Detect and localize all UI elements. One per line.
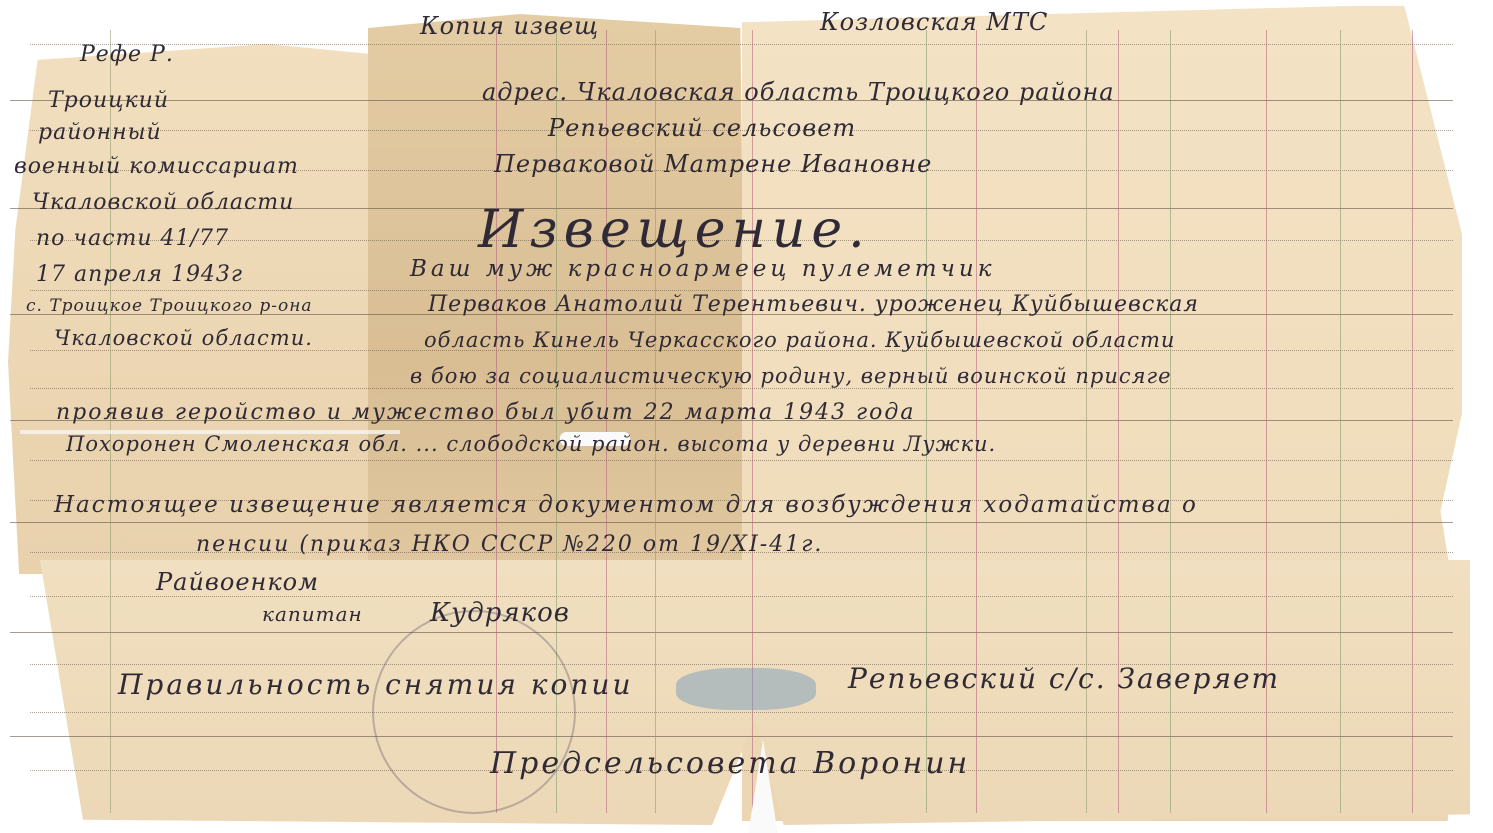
address-recipient: Перваковой Матрене Ивановне: [494, 150, 932, 178]
closing-line: пенсии (приказ НКО СССР №220 от 19/XI-41…: [196, 532, 823, 557]
signer-rank: капитан: [262, 602, 363, 626]
body-line: проявив геройство и мужество был убит 22…: [56, 400, 915, 425]
copy-label: Копия извещ: [420, 12, 599, 40]
issuer-line: районный: [38, 120, 162, 145]
issuer-line: Троицкий: [48, 88, 169, 113]
address-line-2: Репьевский сельсовет: [548, 114, 856, 142]
signer-signature: Кудряков: [430, 598, 570, 628]
issue-date: 17 апреля 1943г: [36, 262, 243, 287]
signer-office: Райвоенком: [156, 568, 319, 596]
issuer-line: военный комиссариат: [14, 154, 299, 179]
certifying-council: Репьевский с/с. Заверяет: [848, 662, 1280, 695]
issuer-line: по части 41/77: [36, 226, 229, 251]
blue-ink-stamp: [676, 668, 816, 710]
mts-label: Козловская МТС: [820, 8, 1048, 36]
issuer-line: с. Троицкое Троицкого р-она: [26, 296, 313, 316]
certification-text: Правильность снятия копии: [118, 668, 633, 701]
official-seal-stamp: [372, 610, 576, 814]
issuer-line: Чкаловской области.: [54, 326, 313, 350]
closing-line: Настоящее извещение является документом …: [54, 492, 1198, 518]
document-title: Извещение.: [478, 200, 871, 260]
council-chair-signature: Предсельсовета Воронин: [490, 746, 970, 781]
issuer-line: Чкаловской области: [32, 190, 294, 215]
body-line: в бою за социалистическую родину, верный…: [410, 364, 1172, 388]
burial-line: Похоронен Смоленская обл. ... слободской…: [66, 432, 996, 456]
body-line: область Кинель Черкасского района. Куйбы…: [424, 328, 1175, 352]
reference-mark: Рефе Р.: [80, 42, 174, 67]
body-line: Перваков Анатолий Терентьевич. уроженец …: [428, 292, 1199, 317]
address-line-1: адрес. Чкаловская область Троицкого райо…: [482, 78, 1115, 106]
body-line: Ваш муж красноармеец пулеметчик: [410, 256, 995, 282]
